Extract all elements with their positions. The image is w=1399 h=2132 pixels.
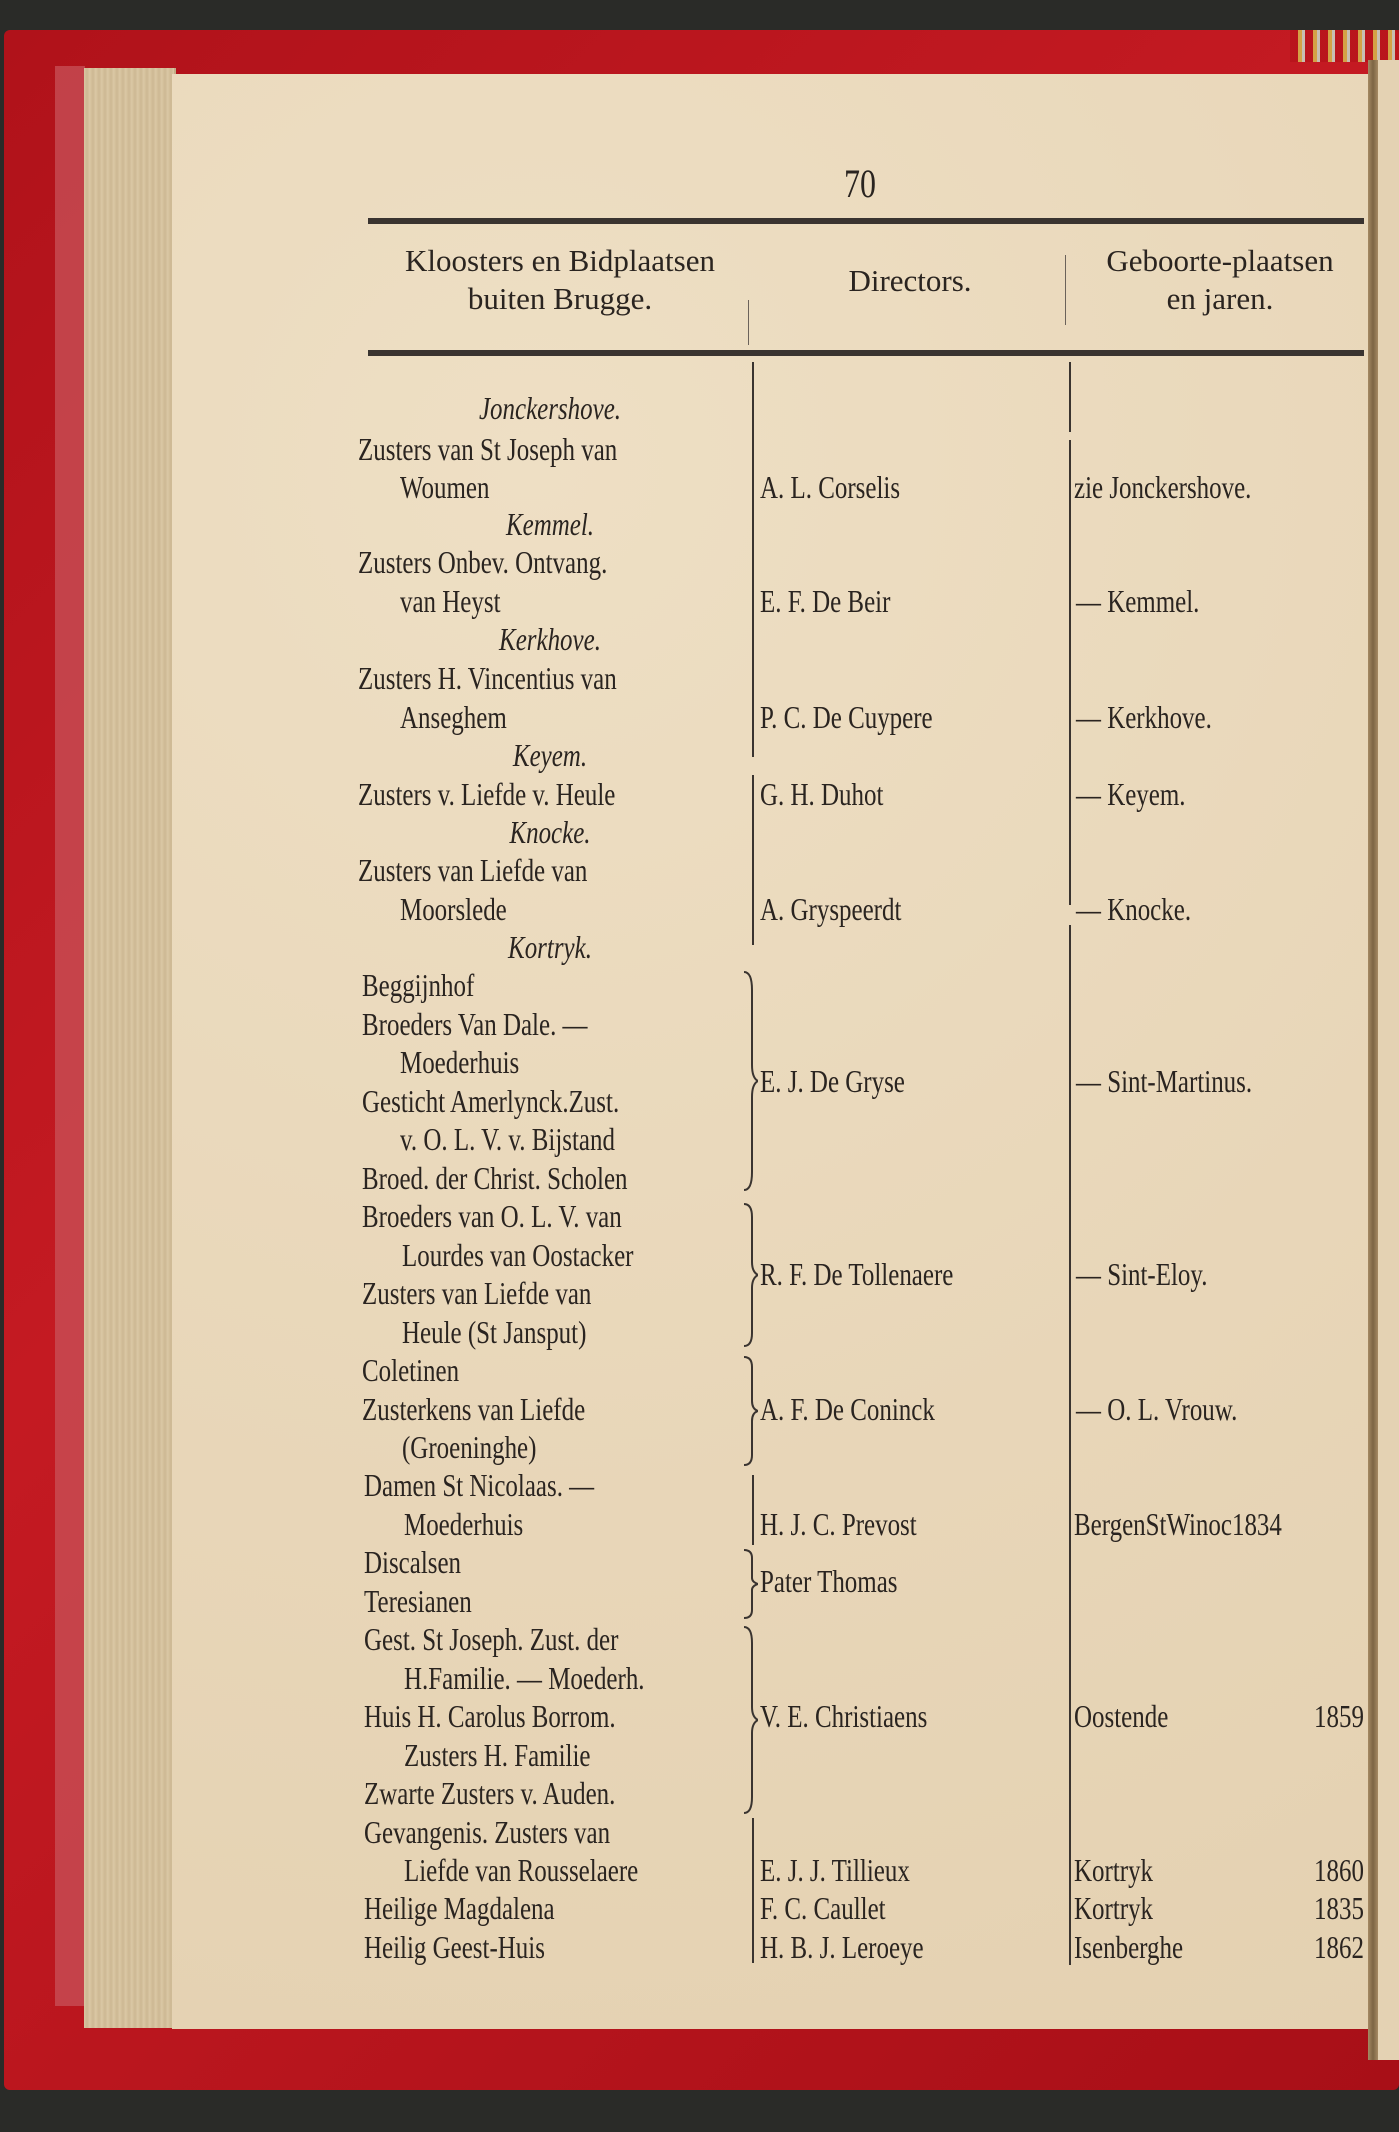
birth-year: 1862 xyxy=(1314,1928,1364,1966)
entry-line: Woumen xyxy=(400,468,489,506)
entry-line: H.Familie. — Moederh. xyxy=(404,1659,645,1697)
director-name: F. C. Caullet xyxy=(760,1889,886,1927)
entry-line: Liefde van Rousselaere xyxy=(404,1851,638,1889)
brace-group-1 xyxy=(742,970,758,1192)
header-col-institutions: Kloosters en Bidplaatsen buiten Brugge. xyxy=(350,242,770,318)
entry-line: Moederhuis xyxy=(400,1043,519,1081)
place-heading-knocke: Knocke. xyxy=(394,813,706,851)
headband xyxy=(1290,30,1399,62)
entry-line: Zusters van Liefde van xyxy=(358,851,587,889)
header-col1-line2: buiten Brugge. xyxy=(350,280,770,318)
birth-year: 1859 xyxy=(1314,1697,1364,1735)
director-name: P. C. De Cuypere xyxy=(760,698,933,736)
entry-line: (Groeninghe) xyxy=(402,1428,536,1466)
entry-line: Discalsen xyxy=(364,1543,461,1581)
entry-line: Beggijnhof xyxy=(362,966,474,1004)
brace-group-4 xyxy=(742,1548,758,1620)
entry-line: Zusters H. Familie xyxy=(404,1736,590,1774)
place-heading-kortryk: Kortryk. xyxy=(394,928,706,966)
header-col-directors: Directors. xyxy=(755,262,1065,300)
body-divider-2b xyxy=(1069,440,1071,905)
director-name: H. B. J. Leroeye xyxy=(760,1928,924,1966)
header-divider-2 xyxy=(1065,255,1066,325)
place-heading-jonckershove: Jonckershove. xyxy=(394,389,706,427)
director-name: E. J. De Gryse xyxy=(760,1062,905,1100)
birthplace: — Kemmel. xyxy=(1076,582,1199,620)
entry-line: Zusters v. Liefde v. Heule xyxy=(358,775,615,813)
body-divider-1c xyxy=(752,1818,754,1963)
birth-year: 1835 xyxy=(1314,1889,1364,1927)
entry-line: Heilige Magdalena xyxy=(364,1889,555,1927)
entry-line: Moederhuis xyxy=(404,1505,523,1543)
director-name: A. L. Corselis xyxy=(760,468,900,506)
birthplace: BergenStWinoc1834 xyxy=(1074,1505,1282,1543)
entry-line: v. O. L. V. v. Bijstand xyxy=(400,1120,615,1158)
director-name: E. F. De Beir xyxy=(760,582,890,620)
entry-line: Gevangenis. Zusters van xyxy=(364,1813,610,1851)
entry-line: Zusterkens van Liefde xyxy=(362,1390,585,1428)
page-number: 70 xyxy=(844,160,876,207)
header-col1-line1: Kloosters en Bidplaatsen xyxy=(350,242,770,280)
entry-line: Zwarte Zusters v. Auden. xyxy=(364,1774,615,1812)
page-stack-edge xyxy=(84,68,176,2028)
header-col3-line2: en jaren. xyxy=(1070,280,1370,318)
birthplace: — Sint-Martinus. xyxy=(1076,1062,1252,1100)
birthplace: Oostende xyxy=(1074,1697,1168,1735)
entry-line: Gesticht Amerlynck.Zust. xyxy=(362,1082,619,1120)
header-divider-1 xyxy=(748,300,749,345)
birthplace: zie Jonckershove. xyxy=(1074,468,1251,506)
entry-line: Huis H. Carolus Borrom. xyxy=(364,1697,616,1735)
director-name: A. F. De Coninck xyxy=(760,1390,935,1428)
brace-group-3 xyxy=(742,1355,758,1467)
entry-line: Teresianen xyxy=(364,1582,472,1620)
birthplace: Kortryk xyxy=(1074,1889,1153,1927)
brace-group-5 xyxy=(742,1625,758,1815)
entry-line: Anseghem xyxy=(400,698,507,736)
brace-group-2 xyxy=(742,1202,758,1348)
body-divider-1a xyxy=(752,362,754,757)
body-divider-2a xyxy=(1069,362,1071,432)
entry-line: van Heyst xyxy=(400,582,501,620)
birth-year: 1860 xyxy=(1314,1851,1364,1889)
birthplace: — Kerkhove. xyxy=(1076,698,1212,736)
facing-page-overlay xyxy=(1378,60,1399,2060)
birthplace: — Knocke. xyxy=(1076,890,1191,928)
entry-line: Heilig Geest-Huis xyxy=(364,1928,545,1966)
entry-line: Zusters H. Vincentius van xyxy=(358,659,617,697)
page-gutter-overlay xyxy=(1368,60,1378,2060)
director-name: Pater Thomas xyxy=(760,1562,897,1600)
body-divider-1b xyxy=(752,775,754,945)
book-page xyxy=(172,74,1370,2029)
entry-line: Zusters Onbev. Ontvang. xyxy=(358,543,607,581)
entry-line: Broed. der Christ. Scholen xyxy=(362,1159,628,1197)
entry-line: Moorslede xyxy=(400,890,507,928)
top-rule xyxy=(368,218,1364,224)
director-name: A. Gryspeerdt xyxy=(760,890,901,928)
birthplace: — O. L. Vrouw. xyxy=(1076,1390,1237,1428)
header-bottom-rule xyxy=(368,350,1364,356)
birthplace: — Keyem. xyxy=(1076,775,1186,813)
director-name: H. J. C. Prevost xyxy=(760,1505,917,1543)
entry-line: Gest. St Joseph. Zust. der xyxy=(364,1620,618,1658)
entry-line: Zusters van St Joseph van xyxy=(358,430,617,468)
place-heading-kerkhove: Kerkhove. xyxy=(394,620,706,658)
entry-line: Lourdes van Oostacker xyxy=(402,1236,633,1274)
entry-line: Broeders van O. L. V. van xyxy=(362,1197,622,1235)
director-name: E. J. J. Tillieux xyxy=(760,1851,910,1889)
header-col-birthplaces: Geboorte-plaatsen en jaren. xyxy=(1070,242,1370,318)
birthplace: Kortryk xyxy=(1074,1851,1153,1889)
body-divider-prevost xyxy=(752,1475,754,1545)
cover-edge xyxy=(55,66,85,2006)
birthplace: Isenberghe xyxy=(1074,1928,1183,1966)
director-name: V. E. Christiaens xyxy=(760,1697,927,1735)
director-name: G. H. Duhot xyxy=(760,775,883,813)
entry-line: Broeders Van Dale. — xyxy=(362,1005,588,1043)
header-col3-line1: Geboorte-plaatsen xyxy=(1070,242,1370,280)
entry-line: Damen St Nicolaas. — xyxy=(364,1466,594,1504)
entry-line: Heule (St Jansput) xyxy=(402,1313,586,1351)
place-heading-kemmel: Kemmel. xyxy=(394,505,706,543)
entry-line: Zusters van Liefde van xyxy=(362,1274,591,1312)
entry-line: Coletinen xyxy=(362,1351,459,1389)
place-heading-keyem: Keyem. xyxy=(394,736,706,774)
director-name: R. F. De Tollenaere xyxy=(760,1255,953,1293)
body-divider-2c xyxy=(1069,925,1071,1965)
birthplace: — Sint-Eloy. xyxy=(1076,1255,1208,1293)
